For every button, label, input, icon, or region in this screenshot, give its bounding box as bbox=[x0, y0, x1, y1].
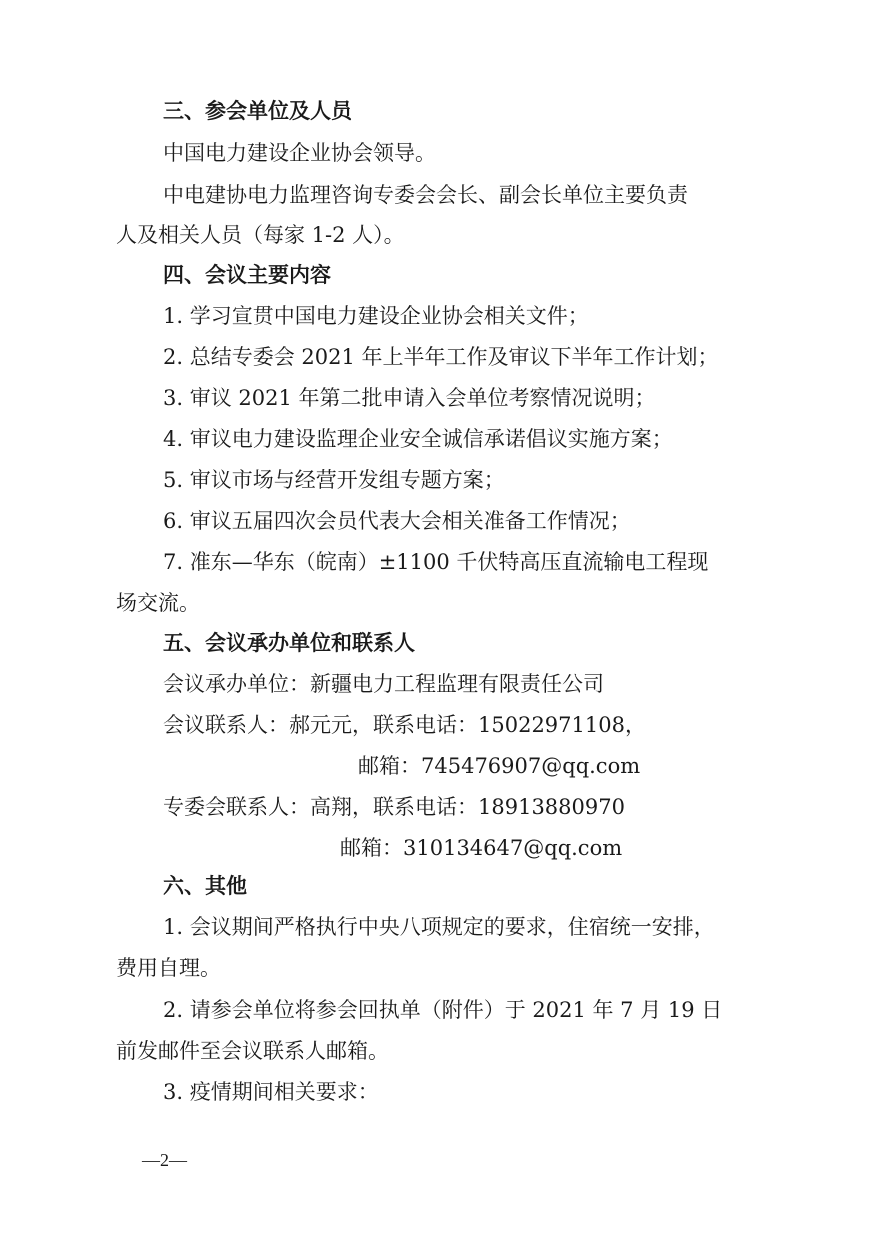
list-item: 2. 总结专委会 2021 年上半年工作及审议下半年工作计划； bbox=[163, 344, 719, 370]
list-item-continuation: 场交流。 bbox=[116, 590, 200, 616]
section-5-heading: 五、会议承办单位和联系人 bbox=[163, 630, 415, 656]
paragraph-continuation: 前发邮件至会议联系人邮箱。 bbox=[116, 1038, 389, 1064]
paragraph: 1. 会议期间严格执行中央八项规定的要求，住宿统一安排， bbox=[163, 914, 715, 940]
section-3-heading: 三、参会单位及人员 bbox=[163, 98, 352, 124]
host-unit: 会议承办单位：新疆电力工程监理有限责任公司 bbox=[163, 671, 604, 697]
contact-2: 专委会联系人：高翔，联系电话：18913880970 bbox=[163, 794, 625, 820]
list-item: 3. 审议 2021 年第二批申请入会单位考察情况说明； bbox=[163, 385, 656, 411]
section-4-heading: 四、会议主要内容 bbox=[163, 262, 331, 288]
email-1: 邮箱：745476907@qq.com bbox=[358, 753, 640, 779]
list-item: 4. 审议电力建设监理企业安全诚信承诺倡议实施方案； bbox=[163, 426, 673, 452]
list-item: 1. 学习宣贯中国电力建设企业协会相关文件； bbox=[163, 303, 589, 329]
section-6-heading: 六、其他 bbox=[163, 873, 247, 899]
paragraph: 2. 请参会单位将参会回执单（附件）于 2021 年 7 月 19 日 bbox=[163, 997, 722, 1023]
paragraph: 中国电力建设企业协会领导。 bbox=[163, 140, 436, 166]
list-item: 7. 准东—华东（皖南）±1100 千伏特高压直流输电工程现 bbox=[163, 549, 708, 575]
paragraph: 3. 疫情期间相关要求： bbox=[163, 1079, 379, 1105]
list-item: 5. 审议市场与经营开发组专题方案； bbox=[163, 467, 505, 493]
page-number: —2— bbox=[142, 1150, 187, 1171]
paragraph-continuation: 人及相关人员（每家 1-2 人）。 bbox=[116, 222, 405, 248]
paragraph-continuation: 费用自理。 bbox=[116, 955, 221, 981]
email-2: 邮箱：310134647@qq.com bbox=[340, 835, 622, 861]
contact-1: 会议联系人：郝元元，联系电话：15022971108， bbox=[163, 712, 646, 738]
paragraph: 中电建协电力监理咨询专委会会长、副会长单位主要负责 bbox=[163, 182, 688, 208]
list-item: 6. 审议五届四次会员代表大会相关准备工作情况； bbox=[163, 508, 631, 534]
